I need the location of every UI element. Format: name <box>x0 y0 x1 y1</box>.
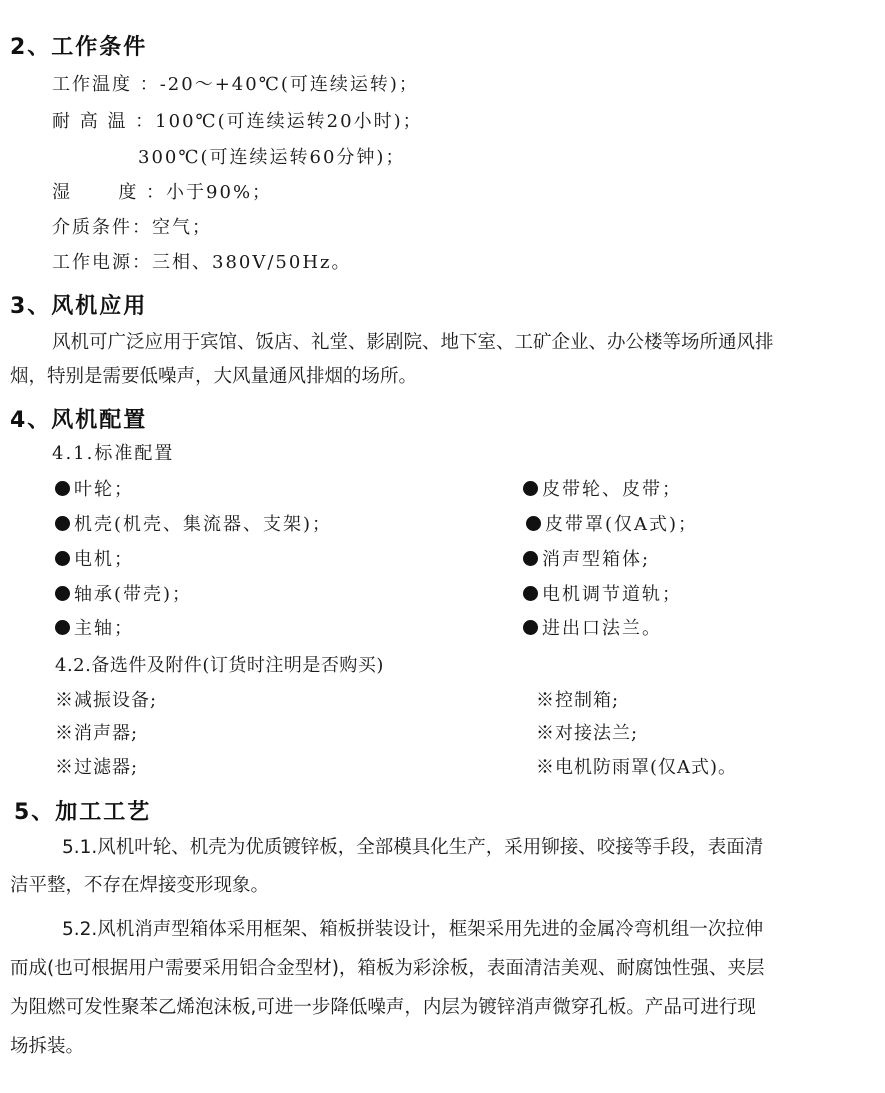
standard-item: 轴承(带壳)； <box>55 580 192 606</box>
standard-config-title: 4.1.标准配置 <box>52 439 174 465</box>
process-5-1-line-1: 5.1.风机叶轮、机壳为优质镀锌板，全部模具化生产，采用铆接、咬接等手段，表面清 <box>62 833 763 859</box>
medium-condition-line: 介质条件：空气； <box>52 213 212 239</box>
bullet-icon <box>55 551 70 566</box>
optional-item: ※电机防雨罩(仅A式)。 <box>536 753 737 779</box>
optional-accessories-title: 4.2.备选件及附件(订货时注明是否购买) <box>55 651 384 677</box>
section-5-heading: 5、加工工艺 <box>14 795 151 826</box>
section-3-heading: 3、风机应用 <box>10 289 147 320</box>
standard-item: 消声型箱体; <box>523 545 650 571</box>
bullet-icon <box>523 481 538 496</box>
application-paragraph-line-1: 风机可广泛应用于宾馆、饭店、礼堂、影剧院、地下室、工矿企业、办公楼等场所通风排 <box>52 328 774 354</box>
standard-item: 皮带轮、皮带； <box>523 475 682 501</box>
working-temperature-line: 工作温度 ：-20～+40℃(可连续运转)； <box>52 70 419 96</box>
bullet-icon <box>55 481 70 496</box>
standard-item: 进出口法兰。 <box>523 614 662 640</box>
optional-item: ※消声器; <box>55 719 138 745</box>
optional-item: ※过滤器; <box>55 753 138 779</box>
humidity-line: 湿 度 ：小于90%； <box>52 178 272 204</box>
standard-item: 主轴； <box>55 614 134 640</box>
standard-item: 叶轮； <box>55 475 134 501</box>
standard-item: 皮带罩(仅A式)； <box>526 510 698 536</box>
bullet-icon <box>55 586 70 601</box>
section-2-heading: 2、工作条件 <box>10 30 147 61</box>
optional-item: ※对接法兰; <box>536 719 638 745</box>
power-supply-line: 工作电源：三相、380V/50Hz。 <box>52 248 352 274</box>
bullet-icon <box>523 551 538 566</box>
standard-item: 电机调节道轨； <box>523 580 682 606</box>
high-temperature-line-2: 300℃(可连续运转60分钟)； <box>138 143 405 169</box>
bullet-icon <box>526 516 541 531</box>
process-5-2-line-2: 而成(也可根据用户需要采用铝合金型材)，箱板为彩涂板，表面清洁美观、耐腐蚀性强、… <box>10 954 764 980</box>
process-5-1-line-2: 洁平整，不存在焊接变形现象。 <box>10 871 269 897</box>
bullet-icon <box>523 586 538 601</box>
section-4-heading: 4、风机配置 <box>10 403 147 434</box>
standard-item: 机壳(机壳、集流器、支架)； <box>55 510 332 536</box>
optional-item: ※减振设备; <box>55 686 157 712</box>
process-5-2-line-3: 为阻燃可发性聚苯乙烯泡沫板,可进一步降低噪声，内层为镀锌消声微穿孔板。产品可进行… <box>10 993 756 1019</box>
optional-item: ※控制箱; <box>536 686 619 712</box>
standard-item: 电机； <box>55 545 134 571</box>
high-temperature-line: 耐 高 温 ：100℃(可连续运转20小时)； <box>52 107 423 133</box>
process-5-2-line-4: 场拆装。 <box>10 1032 84 1058</box>
process-5-2-line-1: 5.2.风机消声型箱体采用框架、箱板拼装设计，框架采用先进的金属冷弯机组一次拉伸 <box>62 915 763 941</box>
document-page: 2、工作条件 工作温度 ：-20～+40℃(可连续运转)； 耐 高 温 ：100… <box>0 0 885 1093</box>
bullet-icon <box>55 516 70 531</box>
bullet-icon <box>523 620 538 635</box>
bullet-icon <box>55 620 70 635</box>
application-paragraph-line-2: 烟，特别是需要低噪声，大风量通风排烟的场所。 <box>10 362 417 388</box>
